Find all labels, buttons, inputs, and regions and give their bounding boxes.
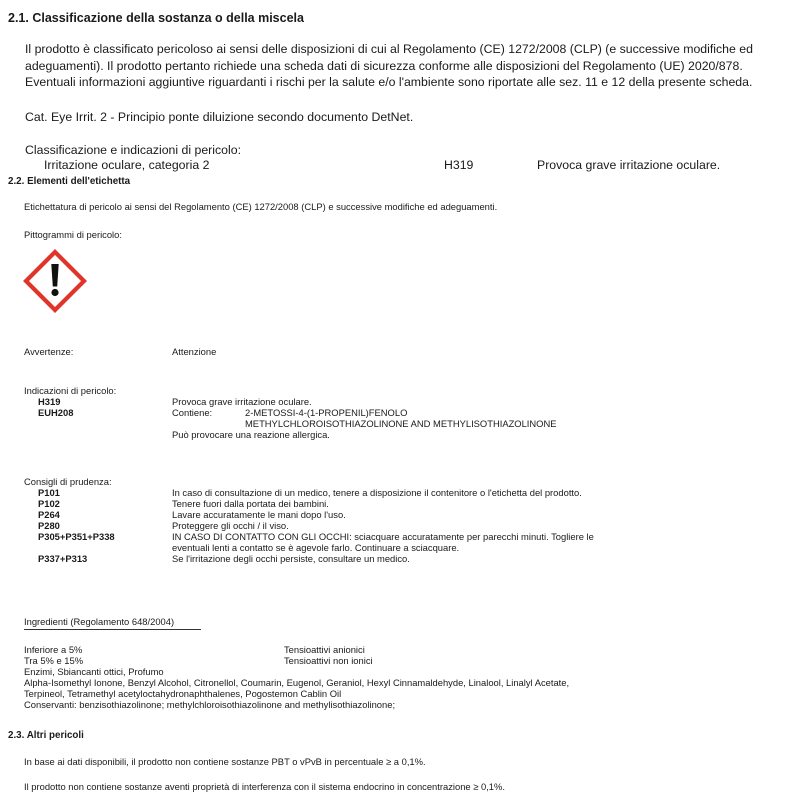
ingredient-range: Inferiore a 5% [24,644,82,655]
signal-word-label: Avvertenze: [24,346,73,357]
pictograms-label: Pittogrammi di pericolo: [24,229,122,240]
precaution-text: In caso di consultazione di un medico, t… [172,487,582,498]
ingredient-line: Alpha-Isomethyl Ionone, Benzyl Alcohol, … [24,677,569,688]
precaution-code: P305+P351+P338 [38,531,115,542]
precaution-code: P264 [38,509,60,520]
hazard-code: EUH208 [38,407,73,418]
classification-code: H319 [444,157,473,174]
ingredient-component: Tensioattivi non ionici [284,655,373,666]
precaution-text: Lavare accuratamente le mani dopo l'uso. [172,509,346,520]
ingredients-heading: Ingredienti (Regolamento 648/2004) [24,616,201,630]
precaution-text: Se l'irritazione degli occhi persiste, c… [172,553,410,564]
precaution-code: P101 [38,487,60,498]
ingredient-line: Enzimi, Sbiancanti ottici, Profumo [24,666,164,677]
other-hazards-line: In base ai dati disponibili, il prodotto… [24,756,426,767]
precautionary-label: Consigli di prudenza: [24,476,112,487]
precaution-code: P337+P313 [38,553,87,564]
section-2-1-heading: 2.1. Classificazione della sostanza o de… [8,11,304,25]
classification-name: Irritazione oculare, categoria 2 [44,157,209,174]
paragraph-line: adeguamenti). Il prodotto pertanto richi… [25,58,753,75]
paragraph-line: Il prodotto è classificato pericoloso ai… [25,41,753,58]
precaution-text: eventuali lenti a contatto se è agevole … [172,542,459,553]
category-note: Cat. Eye Irrit. 2 - Principio ponte dilu… [25,109,413,126]
paragraph-line: Eventuali informazioni aggiuntive riguar… [25,74,753,91]
precaution-text: Tenere fuori dalla portata dei bambini. [172,498,329,509]
precaution-code: P102 [38,498,60,509]
ingredient-line: Terpineol, Tetramethyl acetyloctahydrona… [24,688,341,699]
precaution-code: P280 [38,520,60,531]
hazard-statements-label: Indicazioni di pericolo: [24,385,116,396]
classification-description: Provoca grave irritazione oculare. [537,157,720,174]
hazard-text: Può provocare una reazione allergica. [172,429,330,440]
section-2-3-heading: 2.3. Altri pericoli [8,730,84,741]
ingredient-line: Conservanti: benzisothiazolinone; methyl… [24,699,395,710]
hazard-text: Provoca grave irritazione oculare. [172,396,312,407]
precaution-text: IN CASO DI CONTATTO CON GLI OCCHI: sciac… [172,531,594,542]
precaution-text: Proteggere gli occhi / il viso. [172,520,289,531]
ingredient-component: Tensioattivi anionici [284,644,365,655]
classification-paragraph: Il prodotto è classificato pericoloso ai… [25,41,753,91]
ingredient-range: Tra 5% e 15% [24,655,83,666]
contained-substance: 2-METOSSI-4-(1-PROPENIL)FENOLO [245,407,407,418]
signal-word: Attenzione [172,346,216,357]
contained-substance: METHYLCHLOROISOTHIAZOLINONE AND METHYLIS… [245,418,557,429]
section-2-2-heading: 2.2. Elementi dell'etichetta [8,176,130,187]
other-hazards-line: Il prodotto non contiene sostanze aventi… [24,781,505,792]
ghs07-exclamation-mark-icon [22,248,88,314]
hazard-code: H319 [38,396,60,407]
contains-label: Contiene: [172,407,212,418]
labelling-intro: Etichettatura di pericolo ai sensi del R… [24,201,497,212]
